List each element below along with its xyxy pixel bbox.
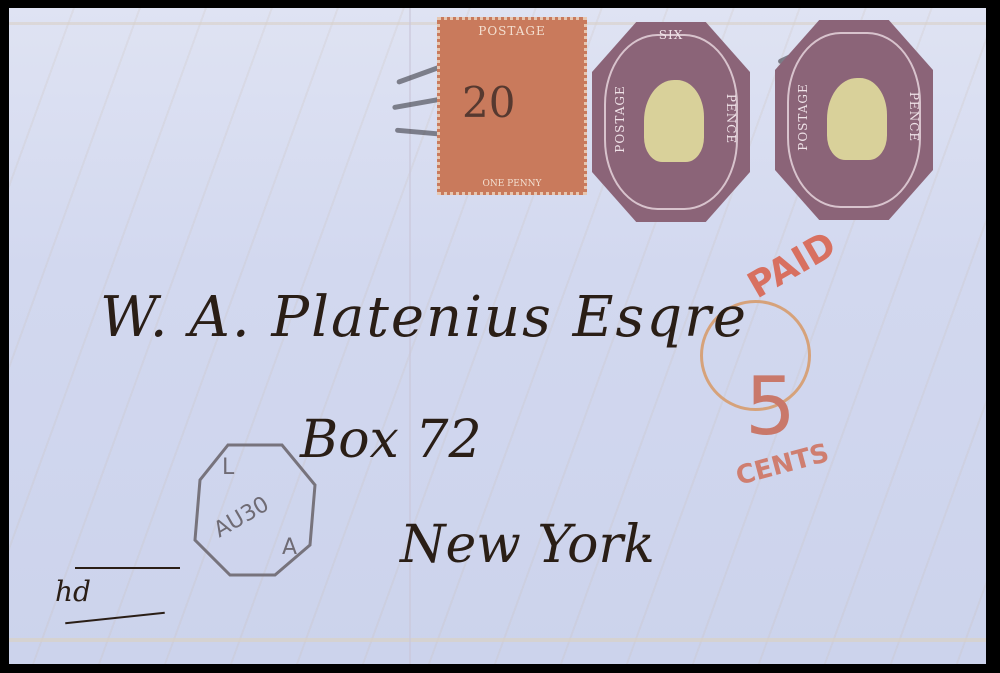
paid-value: 5 <box>745 360 796 453</box>
address-line-1: W. A. Platenius Esqre <box>100 285 748 350</box>
stamp-top-label: POSTAGE <box>440 24 584 38</box>
stamp-bottom-label: ONE PENNY <box>440 179 584 189</box>
docket-rule-top <box>75 567 180 569</box>
stamp-right-label: PENCE <box>907 92 921 142</box>
queen-head-icon <box>827 78 887 160</box>
stamp-left-label: POSTAGE <box>613 85 627 153</box>
address-line-2: Box 72 <box>300 410 482 470</box>
cancel-number: 20 <box>462 78 515 127</box>
docket-initials: hd <box>55 575 91 608</box>
bottom-fold-line <box>9 638 986 642</box>
postmark-line-3: A <box>282 535 297 560</box>
stamp-right-label: PENCE <box>724 94 738 144</box>
address-line-3: New York <box>400 515 655 575</box>
stamp-left-label: POSTAGE <box>796 83 810 151</box>
queen-head-icon <box>644 80 704 162</box>
stamp-six-pence-2: POSTAGE PENCE <box>775 20 933 220</box>
postmark-line-1: L <box>222 455 234 480</box>
stamp-six-pence-1: SIX POSTAGE PENCE <box>592 22 750 222</box>
stamp-one-penny: POSTAGE 20 ONE PENNY <box>437 17 587 195</box>
